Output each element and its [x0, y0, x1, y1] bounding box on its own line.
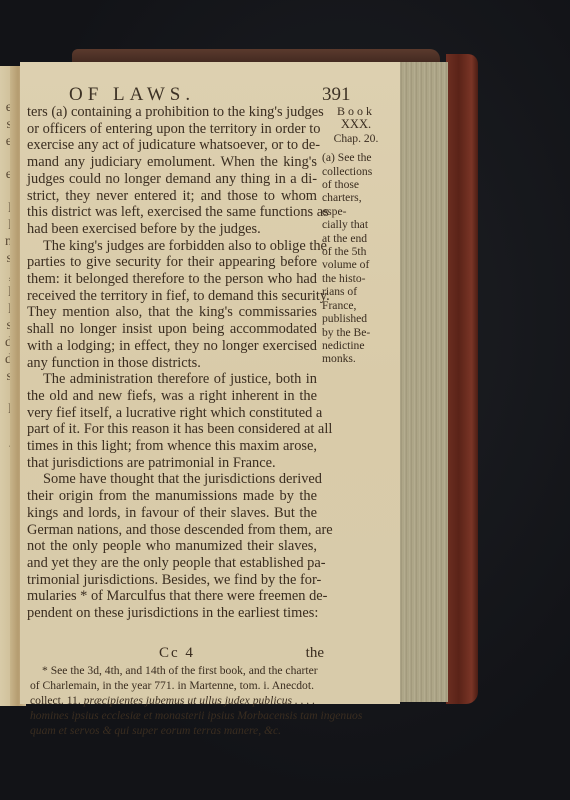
page-number: 391 [322, 84, 351, 106]
margin-note-line: of those [322, 178, 390, 191]
margin-note-line: France, [322, 299, 390, 312]
text-line: part of it. For this reason it has been … [27, 421, 317, 438]
paragraph: The king's judges are forbidden also to … [27, 238, 317, 372]
margin-note-line: rians of [322, 285, 390, 298]
text-line: the old and new fiefs, was a right inher… [27, 388, 317, 405]
footnote-latin-text: homines ipsius ecclesiæ et monasterii ip… [30, 709, 362, 722]
page-block-edges [398, 62, 448, 702]
text-line: They mention also, that the king's commi… [27, 304, 317, 321]
paragraph: The administration therefore of justice,… [27, 371, 317, 471]
margin-note-text: (a) See thecollectionsof thosecharters,e… [322, 151, 390, 366]
text-line: with a lodging; in effect, they no longe… [27, 338, 317, 355]
text-line: The administration therefore of justice,… [27, 371, 317, 388]
footnote-line: * See the 3d, 4th, and 14th of the first… [42, 663, 324, 678]
margin-note-line: of the 5th [322, 245, 390, 258]
text-line: German nations, and those descended from… [27, 522, 317, 539]
margin-note-line: published [322, 312, 390, 325]
text-line: pendent on these jurisdictions in the ea… [27, 605, 317, 622]
margin-note-line: espe- [322, 205, 390, 218]
margin-note-line: nedictine [322, 339, 390, 352]
catchword: the [306, 645, 324, 662]
paragraph: ters (a) containing a prohibition to the… [27, 104, 317, 238]
margin-note-line: by the Be- [322, 326, 390, 339]
text-line: and yet they are the only people that es… [27, 555, 317, 572]
footnote-text: * See the 3d, 4th, and 14th of the first… [42, 664, 318, 677]
margin-note-line: cially that [322, 218, 390, 231]
text-line: any function in those districts. [27, 355, 317, 372]
footnote-text: of Charlemain, in the year 771. in Marte… [30, 679, 314, 692]
text-line: kings and lords, in favour of their slav… [27, 505, 317, 522]
footnote-roman-text: collect. 11. [30, 694, 84, 707]
book-label: Book [322, 105, 390, 118]
text-line: their origin from the manumissions made … [27, 488, 317, 505]
margin-note-line: the histo- [322, 272, 390, 285]
text-line: exercise any act of judicature whatsoeve… [27, 137, 317, 154]
book-page: OF LAWS. 391 ters (a) containing a prohi… [20, 62, 400, 704]
text-line: strict, they never entered it; and those… [27, 188, 317, 205]
text-line: that jurisdictions are patrimonial in Fr… [27, 455, 317, 472]
margin-note-line: (a) See the [322, 151, 390, 164]
text-line: shall no longer insist upon being accomm… [27, 321, 317, 338]
text-line: judges could no longer demand any thing … [27, 171, 317, 188]
footnote: * See the 3d, 4th, and 14th of the first… [42, 663, 324, 738]
text-line: them: it belonged therefore to the perso… [27, 271, 317, 288]
footnote-latin-text: quam et servos & qui super eorum terras … [30, 724, 281, 737]
footnote-latin-text: præcipientes jubemus ut ullus judex publ… [84, 694, 316, 707]
footnote-line: collect. 11. præcipientes jubemus ut ull… [30, 693, 324, 708]
margin-note-line: charters, [322, 191, 390, 204]
text-line: mularies * of Marculfus that there were … [27, 588, 317, 605]
text-line: not the only people who manumized their … [27, 538, 317, 555]
book-number: XXX. [322, 118, 390, 131]
text-line: this district was left, exercised the sa… [27, 204, 317, 221]
footnote-line: of Charlemain, in the year 771. in Marte… [30, 678, 324, 693]
printer-signature: Cc 4 [159, 645, 195, 662]
book-cover-right-edge [446, 54, 478, 704]
text-line: or officers of entering upon the territo… [27, 121, 317, 138]
margin-note-line: volume of [322, 258, 390, 271]
footnote-line: quam et servos & qui super eorum terras … [30, 723, 324, 738]
text-line: mand any judiciary emolument. When the k… [27, 154, 317, 171]
text-line: ters (a) containing a prohibition to the… [27, 104, 317, 121]
margin-note-line: at the end [322, 232, 390, 245]
footnote-line: homines ipsius ecclesiæ et monasterii ip… [30, 708, 324, 723]
text-line: parties to give security for their appea… [27, 254, 317, 271]
text-line: received the territory in fief, to deman… [27, 288, 317, 305]
text-line: trimonial jurisdictions. Besides, we fin… [27, 572, 317, 589]
paragraph: Some have thought that the jurisdictions… [27, 471, 317, 621]
text-line: had been exercised before by the judges. [27, 221, 317, 238]
chapter-label: Chap. 20. [322, 132, 390, 145]
text-line: very fief itself, a lucrative right whic… [27, 405, 317, 422]
text-line: The king's judges are forbidden also to … [27, 238, 317, 255]
text-line: times in this light; from whence this ma… [27, 438, 317, 455]
body-text: ters (a) containing a prohibition to the… [27, 104, 317, 622]
running-title: OF LAWS. [69, 84, 195, 106]
margin-note-line: collections [322, 165, 390, 178]
margin-note-line: monks. [322, 352, 390, 365]
margin-note: Book XXX. Chap. 20. (a) See thecollectio… [322, 105, 390, 366]
text-line: Some have thought that the jurisdictions… [27, 471, 317, 488]
